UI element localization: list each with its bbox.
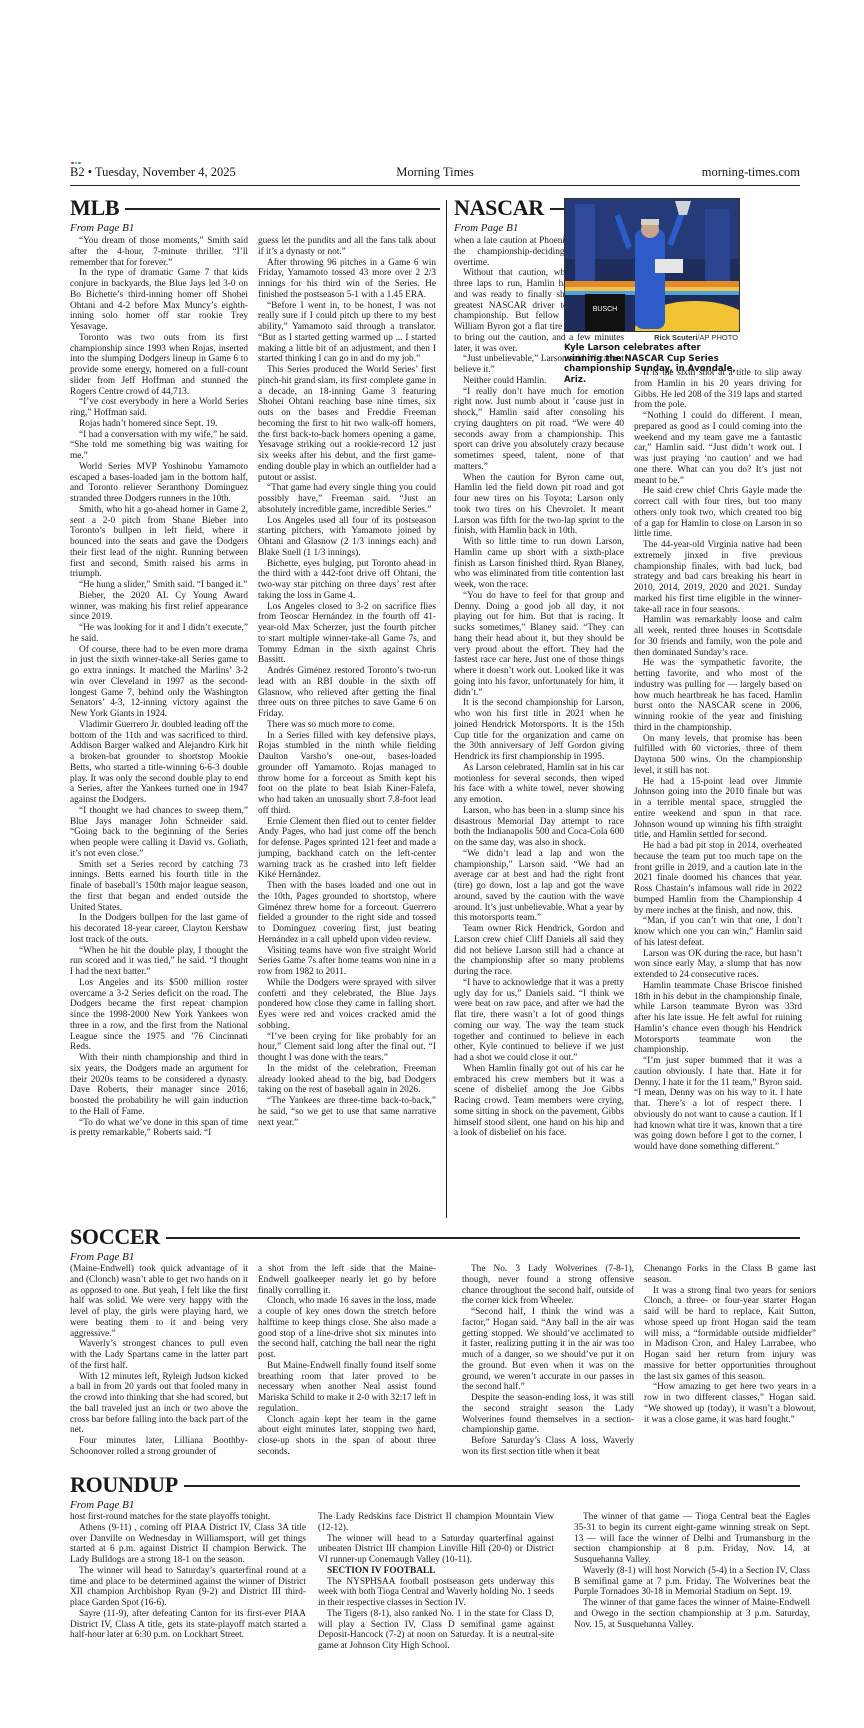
paragraph: It is the second championship for Larson…	[454, 698, 624, 763]
section-title: MLB	[70, 196, 119, 220]
paragraph: Larson was OK during the race, but hasn’…	[634, 949, 802, 981]
paragraph: “I’ve cost everybody in here a World Ser…	[70, 397, 248, 419]
paragraph: “He was looking for it and I didn’t exec…	[70, 623, 248, 645]
paragraph: The Tigers (8-1), also ranked No. 1 in t…	[318, 1609, 554, 1652]
paragraph: “I really don’t have much for emotion ri…	[454, 387, 624, 473]
paragraph: “You dream of those moments,” Smith said…	[70, 236, 248, 268]
paragraph: Bichette, eyes bulging, put Toronto ahea…	[258, 559, 436, 602]
section-rule	[125, 208, 440, 210]
paragraph: Athens (9-11) , coming off PIAA District…	[70, 1523, 306, 1566]
paragraph: “I had a conversation with my wife,” he …	[70, 430, 248, 462]
paragraph: “When he hit the double play, I thought …	[70, 946, 248, 978]
jump-line: From Page B1	[70, 1498, 800, 1512]
paragraph: “He hung a slider,” Smith said. “I bange…	[70, 580, 248, 591]
paragraph: Los Angeles used all four of its postsea…	[258, 516, 436, 559]
paragraph: Vladimir Guerrero Jr. doubled leading of…	[70, 720, 248, 806]
paragraph: “You do have to feel for that group and …	[454, 591, 624, 699]
roundup-columns: host first-round matches for the state p…	[70, 1512, 810, 1652]
paragraph: Smith, who hit a go-ahead homer in Game …	[70, 505, 248, 580]
mlb-columns: “You dream of those moments,” Smith said…	[70, 236, 436, 1139]
paragraph: World Series MVP Yoshinobu Yamamoto esca…	[70, 462, 248, 505]
paragraph: The winner will head to Saturday’s quart…	[70, 1566, 306, 1609]
paragraph: The winner of that game faces the winner…	[574, 1598, 810, 1630]
paragraph: “We didn’t lead a lap and won the champi…	[454, 849, 624, 924]
paragraph: When Hamlin finally got out of his car h…	[454, 1064, 624, 1139]
mlb-column-2: guess let the pundits and all the fans t…	[258, 236, 436, 1139]
soccer-section: SOCCER From Page B1	[70, 1225, 800, 1264]
paragraph: The Lady Redskins face District II champ…	[318, 1512, 554, 1534]
paragraph: With 12 minutes left, Ryleigh Judson kic…	[70, 1372, 248, 1437]
jump-line: From Page B1	[70, 221, 440, 235]
paragraph: Four minutes later, Lilliana Boothby-Sch…	[70, 1436, 248, 1458]
paragraph: He said crew chief Chris Gayle made the …	[634, 486, 802, 540]
paragraph: “How amazing to get here two years in a …	[644, 1382, 816, 1425]
nascar-column-2: It is the sixth shot at a title to slip …	[634, 368, 802, 1153]
masthead: B2 • Tuesday, November 4, 2025 Morning T…	[70, 165, 800, 186]
paragraph: Andrés Giménez restored Toronto’s two-ru…	[258, 666, 436, 720]
paragraph: “Nothing I could do different. I mean, p…	[634, 411, 802, 486]
soccer-column-2: a shot from the left side that the Maine…	[258, 1264, 436, 1458]
roundup-column-1: host first-round matches for the state p…	[70, 1512, 306, 1652]
paragraph: Hamlin was remarkably loose and calm all…	[634, 615, 802, 658]
paragraph: The 44-year-old Virginia native had been…	[634, 540, 802, 615]
subhead: SECTION IV FOOTBALL	[318, 1566, 554, 1577]
paragraph: Toronto was two outs from its first cham…	[70, 333, 248, 398]
paragraph: Chenango Forks in the Class B game last …	[644, 1264, 816, 1286]
paragraph: The winner will head to a Saturday quart…	[318, 1534, 554, 1566]
paragraph: Team owner Rick Hendrick, Gordon and Lar…	[454, 924, 624, 978]
paragraph: He had a bad pit stop in 2014, overheate…	[634, 841, 802, 916]
paragraph: “I thought we had chances to sweep them,…	[70, 806, 248, 860]
paragraph: “Man, if you can’t win that one, I don’t…	[634, 916, 802, 948]
paragraph: Bieber, the 2020 AL Cy Young Award winne…	[70, 591, 248, 623]
credit-agency: /AP PHOTO	[697, 333, 738, 342]
paragraph: As Larson celebrated, Hamlin sat in his …	[454, 763, 624, 806]
paragraph: He had a 15-point lead over Jimmie Johns…	[634, 777, 802, 842]
paragraph: Waverly (8-1) will host Norwich (5-4) in…	[574, 1566, 810, 1598]
section-title: ROUNDUP	[70, 1473, 178, 1497]
paragraph: host first-round matches for the state p…	[70, 1512, 306, 1523]
paragraph: It is the sixth shot at a title to slip …	[634, 368, 802, 411]
roundup-column-2: The Lady Redskins face District II champ…	[318, 1512, 554, 1652]
paragraph: When the caution for Byron came out, Ham…	[454, 473, 624, 538]
paragraph: “Before I went in, to be honest, I was n…	[258, 301, 436, 366]
paragraph: The No. 3 Lady Wolverines (7-8-1), thoug…	[462, 1264, 634, 1307]
paper-name: Morning Times	[70, 165, 800, 180]
paragraph: “I have to acknowledge that it was a pre…	[454, 978, 624, 1064]
svg-text:BUSCH: BUSCH	[593, 306, 618, 313]
mlb-section: MLB From Page B1	[70, 196, 440, 235]
paragraph: Of course, there had to be even more dra…	[70, 645, 248, 720]
paragraph: In the midst of the celebration, Freeman…	[258, 1064, 436, 1096]
website-link[interactable]: morning-times.com	[702, 165, 800, 180]
paragraph: (Maine-Endwell) took quick advantage of …	[70, 1264, 248, 1339]
column-divider	[446, 200, 447, 1218]
roundup-column-3: The winner of that game — Tioga Central …	[574, 1512, 810, 1652]
section-title: SOCCER	[70, 1225, 160, 1249]
paragraph: Despite the season-ending loss, it was s…	[462, 1393, 634, 1436]
jump-line: From Page B1	[70, 1250, 800, 1264]
paragraph: On many levels, that promise has been fu…	[634, 734, 802, 777]
paragraph: The winner of that game — Tioga Central …	[574, 1512, 810, 1566]
paragraph: This Series produced the World Series’ f…	[258, 365, 436, 483]
paragraph: Smith set a Series record by catching 73…	[70, 860, 248, 914]
larson-celebration-image: BUSCH	[565, 199, 739, 331]
paragraph: guess let the pundits and all the fans t…	[258, 236, 436, 258]
nascar-photo: BUSCH	[564, 198, 740, 332]
paragraph: There was so much more to come.	[258, 720, 436, 731]
paragraph: After throwing 96 pitches in a Game 6 wi…	[258, 258, 436, 301]
section-rule	[184, 1485, 800, 1487]
paragraph: “I’ve been crying for like probably for …	[258, 1032, 436, 1064]
paragraph: Hamlin teammate Chase Briscoe finished 1…	[634, 981, 802, 1056]
soccer-columns: (Maine-Endwell) took quick advantage of …	[70, 1264, 816, 1458]
paragraph: Rojas hadn’t homered since Sept. 19.	[70, 419, 248, 430]
paragraph: “To do what we’ve done in this span of t…	[70, 1118, 248, 1140]
paragraph: Los Angeles and its $500 million roster …	[70, 978, 248, 1053]
paragraph: With so little time to run down Larson, …	[454, 537, 624, 591]
paragraph: Sayre (11-9), after defeating Canton for…	[70, 1609, 306, 1641]
paragraph: With their ninth championship and third …	[70, 1053, 248, 1118]
paragraph: Before Saturday’s Class A loss, Waverly …	[462, 1436, 634, 1458]
soccer-column-3: The No. 3 Lady Wolverines (7-8-1), thoug…	[462, 1264, 634, 1458]
paragraph: Visiting teams have won five straight Wo…	[258, 946, 436, 978]
paragraph: “Second half, I think the wind was a fac…	[462, 1307, 634, 1393]
section-rule	[166, 1237, 800, 1239]
paragraph: “I’m just super bummed that it was a cau…	[634, 1056, 802, 1153]
paragraph: While the Dodgers were sprayed with silv…	[258, 978, 436, 1032]
paragraph: “The Yankees are three-time back-to-back…	[258, 1096, 436, 1128]
mlb-column-1: “You dream of those moments,” Smith said…	[70, 236, 248, 1139]
photo-credit: Rick Scuteri/AP PHOTO	[564, 333, 738, 342]
paragraph: In the type of dramatic Game 7 that kids…	[70, 268, 248, 333]
paragraph: But Maine-Endwell finally found itself s…	[258, 1361, 436, 1415]
paragraph: a shot from the left side that the Maine…	[258, 1264, 436, 1296]
paragraph: Los Angeles closed to 3-2 on sacrifice f…	[258, 602, 436, 667]
soccer-column-4: Chenango Forks in the Class B game last …	[644, 1264, 816, 1458]
roundup-section: ROUNDUP From Page B1	[70, 1473, 800, 1512]
paragraph: “That game had every single thing you co…	[258, 483, 436, 515]
soccer-column-1: (Maine-Endwell) took quick advantage of …	[70, 1264, 248, 1458]
paragraph: In a Series filled with key defensive pl…	[258, 731, 436, 817]
paragraph: The NYSPHSAA football postseason gets un…	[318, 1577, 554, 1609]
paragraph: Waverly’s strongest chances to pull even…	[70, 1339, 248, 1371]
paragraph: Larson, who has been in a slump since hi…	[454, 806, 624, 849]
paragraph: In the Dodgers bullpen for the last game…	[70, 913, 248, 945]
section-title: NASCAR	[454, 196, 544, 220]
paragraph: Then with the bases loaded and one out i…	[258, 881, 436, 946]
credit-name: Rick Scuteri	[654, 333, 697, 342]
paragraph: Clonch again kept her team in the game a…	[258, 1415, 436, 1458]
nascar-column-2-wrap: It is the sixth shot at a title to slip …	[634, 368, 802, 1153]
paragraph: Ernie Clement then flied out to center f…	[258, 817, 436, 882]
paragraph: Clonch, who made 16 saves in the loss, m…	[258, 1296, 436, 1361]
paragraph: It was a strong final two years for seni…	[644, 1286, 816, 1383]
paragraph: He was the sympathetic favorite, the bet…	[634, 658, 802, 733]
